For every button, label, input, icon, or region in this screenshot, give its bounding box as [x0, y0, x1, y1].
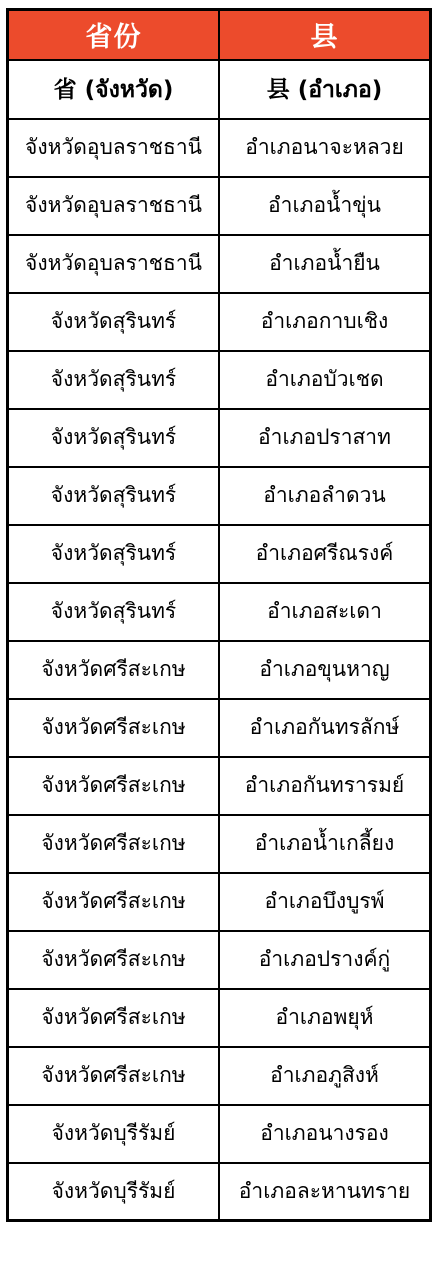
- province-cell: จังหวัดบุรีรัมย์: [8, 1163, 220, 1221]
- province-cell: จังหวัดสุรินทร์: [8, 351, 220, 409]
- district-cell: อำเภอน้ำยืน: [219, 235, 431, 293]
- province-cell: จังหวัดอุบลราชธานี: [8, 177, 220, 235]
- district-cell: อำเภอบัวเชด: [219, 351, 431, 409]
- table-body: จังหวัดอุบลราชธานี อำเภอนาจะหลวย จังหวัด…: [8, 119, 431, 1221]
- table-row: จังหวัดศรีสะเกษ อำเภอกันทรลักษ์: [8, 699, 431, 757]
- table-row: จังหวัดศรีสะเกษ อำเภอพยุห์: [8, 989, 431, 1047]
- district-cell: อำเภอนาจะหลวย: [219, 119, 431, 177]
- province-cell: จังหวัดศรีสะเกษ: [8, 873, 220, 931]
- table-row: จังหวัดสุรินทร์ อำเภอศรีณรงค์: [8, 525, 431, 583]
- header-row: 省份 县: [8, 10, 431, 60]
- district-cell: อำเภอปรางค์กู่: [219, 931, 431, 989]
- subheader-district-label: 县 (อำเภอ): [219, 60, 431, 119]
- table-row: จังหวัดบุรีรัมย์ อำเภอนางรอง: [8, 1105, 431, 1163]
- province-cell: จังหวัดสุรินทร์: [8, 409, 220, 467]
- province-cell: จังหวัดอุบลราชธานี: [8, 119, 220, 177]
- district-cell: อำเภอกันทรลักษ์: [219, 699, 431, 757]
- table-row: จังหวัดสุรินทร์ อำเภอสะเดา: [8, 583, 431, 641]
- table-row: จังหวัดศรีสะเกษ อำเภอบึงบูรพ์: [8, 873, 431, 931]
- table-row: จังหวัดอุบลราชธานี อำเภอน้ำขุ่น: [8, 177, 431, 235]
- province-cell: จังหวัดสุรินทร์: [8, 467, 220, 525]
- province-cell: จังหวัดศรีสะเกษ: [8, 989, 220, 1047]
- district-cell: อำเภอกันทรารมย์: [219, 757, 431, 815]
- district-cell: อำเภอน้ำขุ่น: [219, 177, 431, 235]
- table-row: จังหวัดศรีสะเกษ อำเภอกันทรารมย์: [8, 757, 431, 815]
- province-cell: จังหวัดอุบลราชธานี: [8, 235, 220, 293]
- subheader-row: 省 (จังหวัด) 县 (อำเภอ): [8, 60, 431, 119]
- column-header-district: 县: [219, 10, 431, 60]
- district-cell: อำเภอละหานทราย: [219, 1163, 431, 1221]
- district-cell: อำเภอน้ำเกลี้ยง: [219, 815, 431, 873]
- province-cell: จังหวัดศรีสะเกษ: [8, 1047, 220, 1105]
- province-cell: จังหวัดศรีสะเกษ: [8, 931, 220, 989]
- table-row: จังหวัดศรีสะเกษ อำเภอภูสิงห์: [8, 1047, 431, 1105]
- table-row: จังหวัดสุรินทร์ อำเภอบัวเชด: [8, 351, 431, 409]
- district-cell: อำเภอขุนหาญ: [219, 641, 431, 699]
- province-cell: จังหวัดศรีสะเกษ: [8, 815, 220, 873]
- table-row: จังหวัดบุรีรัมย์ อำเภอละหานทราย: [8, 1163, 431, 1221]
- province-cell: จังหวัดสุรินทร์: [8, 525, 220, 583]
- district-cell: อำเภอบึงบูรพ์: [219, 873, 431, 931]
- district-cell: อำเภอศรีณรงค์: [219, 525, 431, 583]
- province-cell: จังหวัดสุรินทร์: [8, 583, 220, 641]
- province-cell: จังหวัดศรีสะเกษ: [8, 699, 220, 757]
- table-row: จังหวัดอุบลราชธานี อำเภอน้ำยืน: [8, 235, 431, 293]
- district-cell: อำเภอนางรอง: [219, 1105, 431, 1163]
- table-row: จังหวัดศรีสะเกษ อำเภอปรางค์กู่: [8, 931, 431, 989]
- district-cell: อำเภอพยุห์: [219, 989, 431, 1047]
- column-header-province: 省份: [8, 10, 220, 60]
- table-row: จังหวัดศรีสะเกษ อำเภอขุนหาญ: [8, 641, 431, 699]
- district-cell: อำเภอกาบเชิง: [219, 293, 431, 351]
- table-row: จังหวัดสุรินทร์ อำเภอปราสาท: [8, 409, 431, 467]
- district-cell: อำเภอสะเดา: [219, 583, 431, 641]
- district-cell: อำเภอปราสาท: [219, 409, 431, 467]
- province-cell: จังหวัดสุรินทร์: [8, 293, 220, 351]
- district-cell: อำเภอภูสิงห์: [219, 1047, 431, 1105]
- province-cell: จังหวัดศรีสะเกษ: [8, 757, 220, 815]
- province-district-table: 省份 县 省 (จังหวัด) 县 (อำเภอ) จังหวัดอุบลรา…: [6, 8, 432, 1222]
- subheader-province-label: 省 (จังหวัด): [8, 60, 220, 119]
- district-cell: อำเภอลำดวน: [219, 467, 431, 525]
- table-row: จังหวัดศรีสะเกษ อำเภอน้ำเกลี้ยง: [8, 815, 431, 873]
- province-cell: จังหวัดบุรีรัมย์: [8, 1105, 220, 1163]
- table-row: จังหวัดสุรินทร์ อำเภอลำดวน: [8, 467, 431, 525]
- page: 省份 县 省 (จังหวัด) 县 (อำเภอ) จังหวัดอุบลรา…: [0, 0, 443, 1230]
- table-row: จังหวัดอุบลราชธานี อำเภอนาจะหลวย: [8, 119, 431, 177]
- province-cell: จังหวัดศรีสะเกษ: [8, 641, 220, 699]
- table-row: จังหวัดสุรินทร์ อำเภอกาบเชิง: [8, 293, 431, 351]
